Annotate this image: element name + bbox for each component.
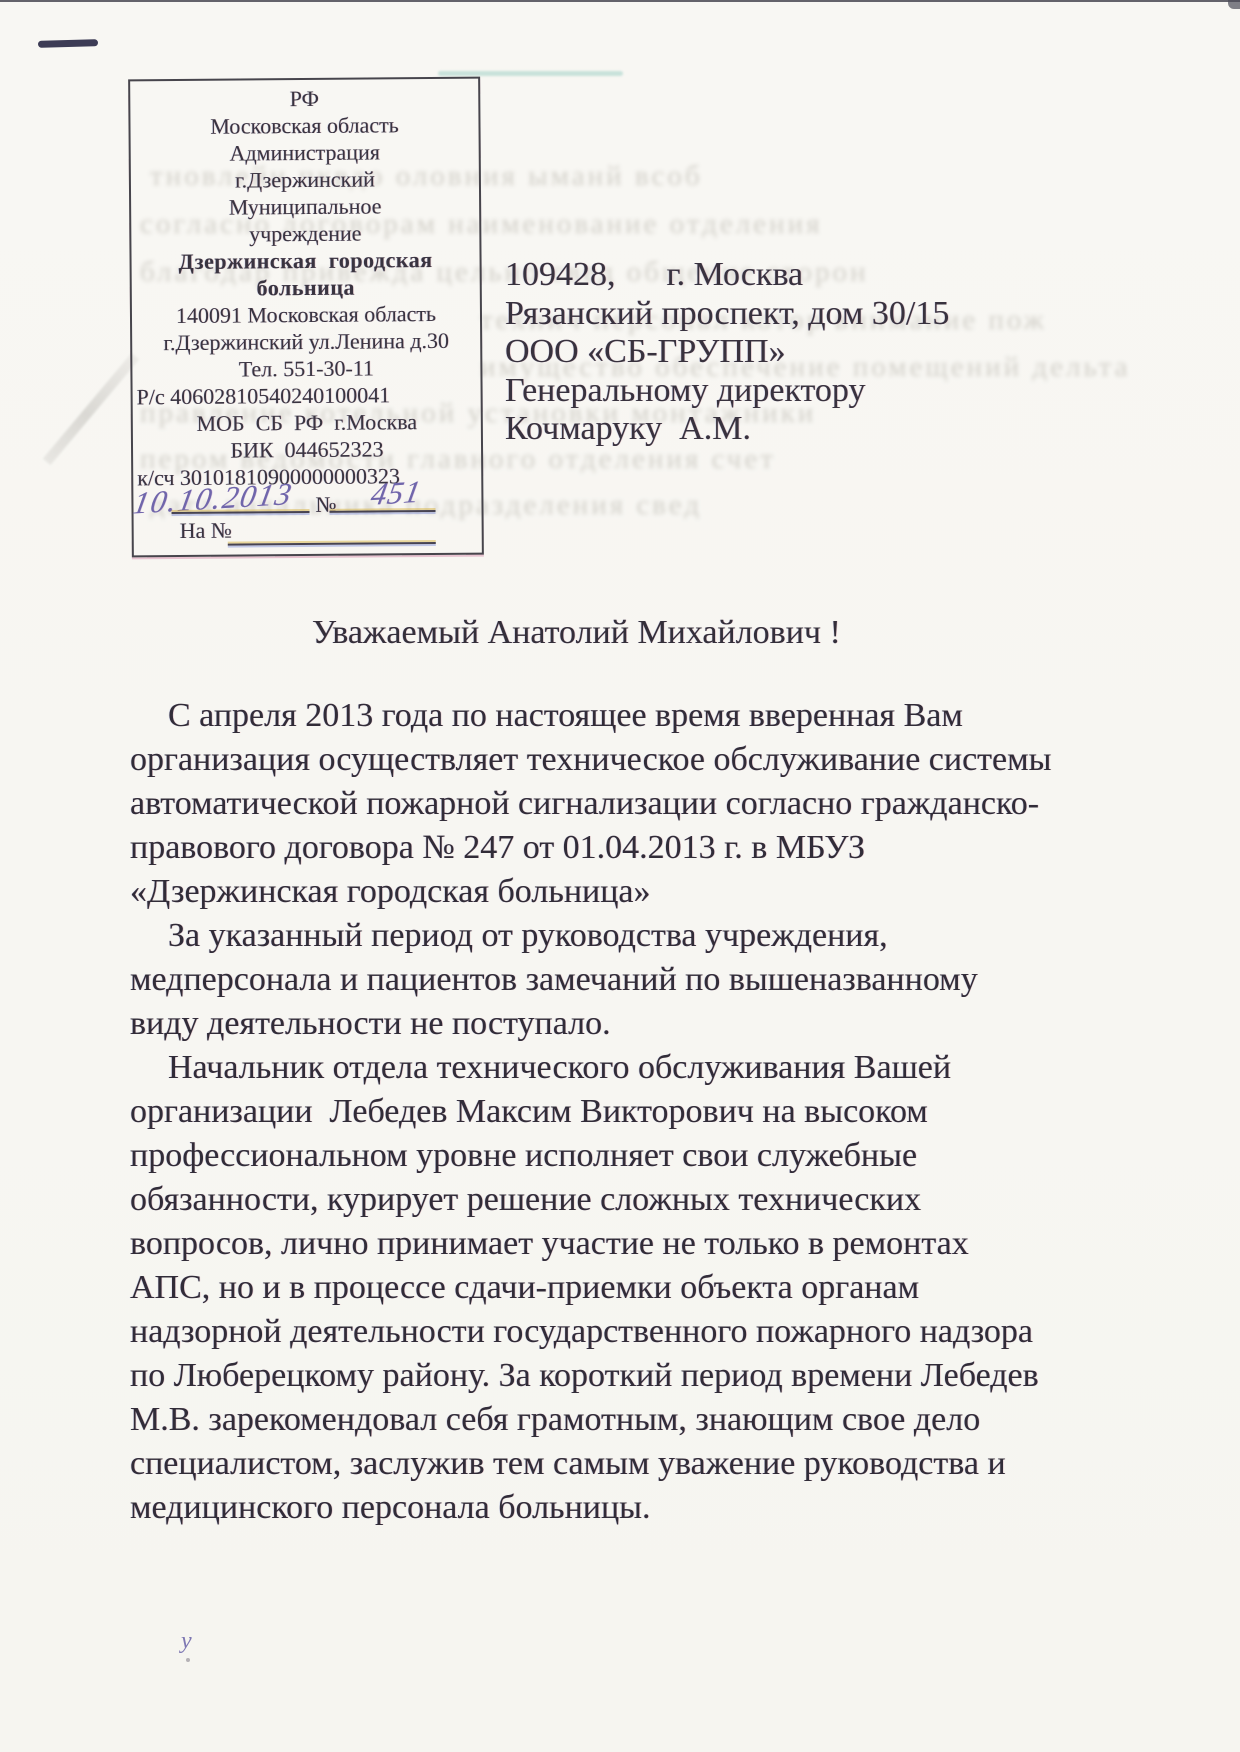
body-line: по Люберецкому району. За короткий перио… — [130, 1354, 1160, 1398]
body-line: виду деятельности не поступало. — [130, 1002, 1160, 1046]
handwritten-mark: у — [181, 1628, 192, 1655]
recipient-company: ООО «СБ-ГРУПП» — [505, 333, 949, 372]
body-line: М.В. зарекомендовал себя грамотным, знаю… — [130, 1398, 1160, 1442]
recipient-street: Рязанский проспект, дом 30/15 — [505, 295, 949, 334]
letterhead-box: РФ Московская область Администрация г.Дз… — [128, 77, 484, 558]
letterhead-org-name: Дзержинская городская — [131, 246, 479, 276]
salutation: Уважаемый Анатолий Михайлович ! — [312, 614, 841, 652]
body-line: правового договора № 247 от 01.04.2013 г… — [130, 826, 1160, 870]
number-label: № — [315, 492, 336, 518]
handwritten-number: 451 — [368, 474, 424, 513]
letterhead-line: РФ — [130, 84, 478, 114]
paper-crease — [43, 353, 139, 465]
letterhead-address: г.Дзержинский ул.Ленина д.30 — [132, 327, 480, 357]
reply-to-label: На № — [180, 518, 232, 544]
letterhead-line: Московская область — [130, 111, 478, 141]
recipient-postal-code: 109428, г. Москва — [505, 256, 949, 295]
letterhead-account: Р/с 40602810540240100041 — [133, 381, 481, 411]
body-line: С апреля 2013 года по настоящее время вв… — [130, 694, 1160, 738]
recipient-name: Кочмаруку А.М. — [505, 410, 949, 449]
body-line: организация осуществляет техническое обс… — [130, 738, 1160, 782]
letterhead-phone: Тел. 551-30-11 — [132, 354, 480, 384]
letterhead-line: Администрация — [131, 138, 479, 168]
body-line: организации Лебедев Максим Викторович на… — [130, 1090, 1160, 1134]
letterhead-address: 140091 Московская область — [132, 300, 480, 330]
letterhead-org-name: больница — [132, 273, 480, 303]
scan-top-edge — [0, 0, 1240, 2]
body-line: «Дзержинская городская больница» — [130, 870, 1160, 914]
body-line: медицинского персонала больницы. — [130, 1486, 1160, 1530]
scan-corner-mark — [1228, 0, 1240, 9]
letterhead-line: Муниципальное — [131, 192, 479, 222]
reply-underline — [228, 542, 436, 546]
pen-dash-mark — [38, 39, 98, 48]
body-line: специалистом, заслужив тем самым уважени… — [130, 1442, 1160, 1486]
scan-smudge — [438, 71, 623, 76]
ink-dot — [186, 1658, 190, 1662]
body-line: медперсонала и пациентов замечаний по вы… — [130, 958, 1160, 1002]
body-line: АПС, но и в процессе сдачи-приемки объек… — [130, 1266, 1160, 1310]
body-line: обязанности, курирует решение сложных те… — [130, 1178, 1160, 1222]
recipient-title: Генеральному директору — [505, 372, 949, 411]
letter-body: С апреля 2013 года по настоящее время вв… — [130, 694, 1160, 1530]
body-line: Начальник отдела технического обслуживан… — [130, 1046, 1160, 1090]
letterhead-line: учреждение — [131, 219, 479, 249]
body-line: За указанный период от руководства учреж… — [130, 914, 1160, 958]
letterhead-bank: МОБ СБ РФ г.Москва — [133, 408, 481, 438]
letterhead-bik: БИК 044652323 — [133, 435, 481, 465]
number-underline — [330, 510, 436, 513]
recipient-block: 109428, г. Москва Рязанский проспект, до… — [505, 256, 949, 449]
body-line: вопросов, лично принимает участие не тол… — [130, 1222, 1160, 1266]
body-line: профессиональном уровне исполняет свои с… — [130, 1134, 1160, 1178]
letterhead-line: г.Дзержинский — [131, 165, 479, 195]
body-line: автоматической пожарной сигнализации сог… — [130, 782, 1160, 826]
letterhead-lines: РФ Московская область Администрация г.Дз… — [130, 79, 481, 492]
scanned-letter-page: тновлейн пквдо оловния ыманй всоб соглас… — [0, 0, 1240, 1752]
body-line: надзорной деятельности государственного … — [130, 1310, 1160, 1354]
